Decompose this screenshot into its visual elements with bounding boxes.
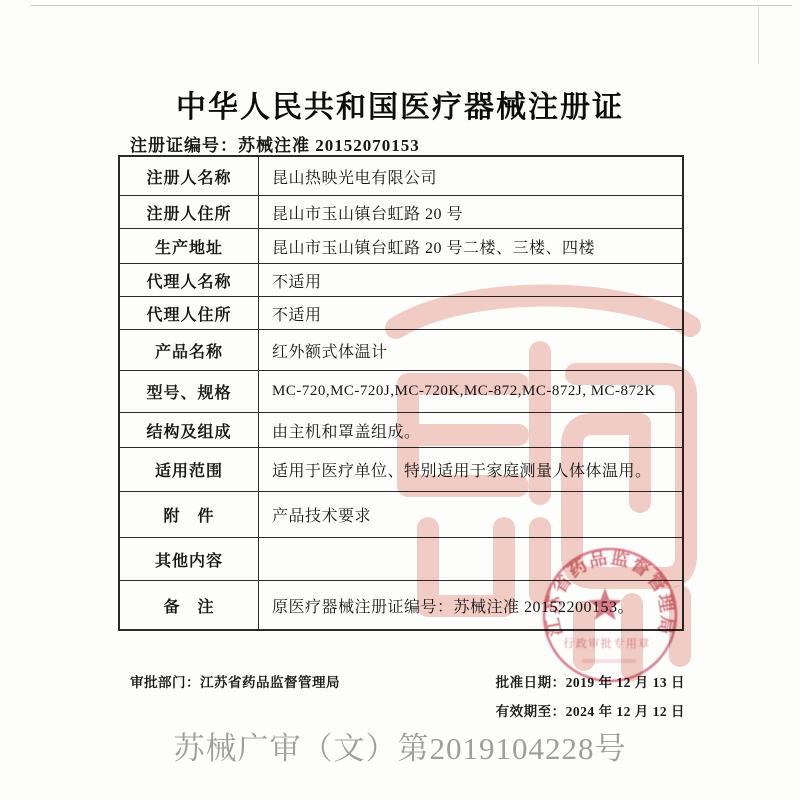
ad-approval-number: 苏械广审（文）第2019104228号 — [0, 723, 800, 768]
row-value: 昆山热映光电有限公司 — [259, 156, 684, 196]
row-value: 不适用 — [259, 264, 684, 297]
valid-until-date: 有效期至：2024 年 12 月 12 日 — [496, 700, 685, 720]
table-row: 附 件 产品技术要求 — [119, 492, 683, 538]
row-value: 产品技术要求 — [259, 492, 684, 538]
row-label: 附 件 — [119, 492, 259, 538]
table-row: 生产地址 昆山市玉山镇台虹路 20 号二楼、三楼、四楼 — [119, 229, 683, 264]
page-title: 中华人民共和国医疗器械注册证 — [0, 82, 800, 126]
row-label: 注册人名称 — [119, 156, 259, 196]
cert-number-label: 注册证编号： — [130, 136, 238, 155]
scan-edge-right — [758, 6, 759, 64]
row-label: 其他内容 — [119, 538, 259, 581]
certificate-info-table: 注册人名称 昆山热映光电有限公司 注册人住所 昆山市玉山镇台虹路 20 号 生产… — [118, 155, 684, 631]
row-label: 型号、规格 — [119, 371, 259, 413]
row-value: 昆山市玉山镇台虹路 20 号 — [259, 196, 684, 229]
table-row: 结构及组成 由主机和罩盖组成。 — [119, 413, 683, 448]
row-label: 产品名称 — [119, 330, 259, 371]
row-value: 适用于医疗单位、特别适用于家庭测量人体体温用。 — [259, 448, 684, 492]
row-label: 生产地址 — [119, 229, 259, 264]
stamp-inner-text: 行政审批专用章 — [563, 636, 651, 650]
approval-department: 审批部门：江苏省药品监督管理局 — [130, 671, 340, 691]
row-value: 不适用 — [259, 297, 684, 330]
row-value: MC-720,MC-720J,MC-720K,MC-872,MC-872J, M… — [259, 371, 684, 413]
row-label: 结构及组成 — [119, 413, 259, 448]
table-row: 适用范围 适用于医疗单位、特别适用于家庭测量人体体温用。 — [119, 448, 683, 492]
approval-date: 批准日期：2019 年 12 月 13 日 — [496, 671, 685, 691]
row-label: 适用范围 — [119, 448, 259, 492]
row-value: 红外额式体温计 — [259, 330, 684, 371]
row-value: 原医疗器械注册证编号：苏械注准 20152200153。 — [259, 581, 684, 631]
table-row: 注册人名称 昆山热映光电有限公司 — [119, 156, 683, 196]
table-row: 备 注 原医疗器械注册证编号：苏械注准 20152200153。 — [119, 581, 683, 631]
table-row: 代理人名称 不适用 — [119, 264, 683, 297]
table-row: 其他内容 — [119, 538, 683, 581]
row-value: 昆山市玉山镇台虹路 20 号二楼、三楼、四楼 — [259, 229, 684, 264]
table-row: 型号、规格 MC-720,MC-720J,MC-720K,MC-872,MC-8… — [119, 371, 683, 413]
table-row: 产品名称 红外额式体温计 — [119, 330, 683, 371]
scan-edge-top — [30, 5, 792, 6]
row-label: 代理人名称 — [119, 264, 259, 297]
row-label: 注册人住所 — [119, 196, 259, 229]
table-row: 注册人住所 昆山市玉山镇台虹路 20 号 — [119, 196, 683, 229]
cert-number-value: 苏械注准 20152070153 — [238, 136, 420, 155]
row-label: 备 注 — [119, 581, 259, 631]
row-value — [259, 538, 684, 581]
table-row: 代理人住所 不适用 — [119, 297, 683, 330]
row-value: 由主机和罩盖组成。 — [259, 413, 684, 448]
row-label: 代理人住所 — [119, 297, 259, 330]
cert-number-line: 注册证编号：苏械注准 20152070153 — [130, 131, 420, 156]
